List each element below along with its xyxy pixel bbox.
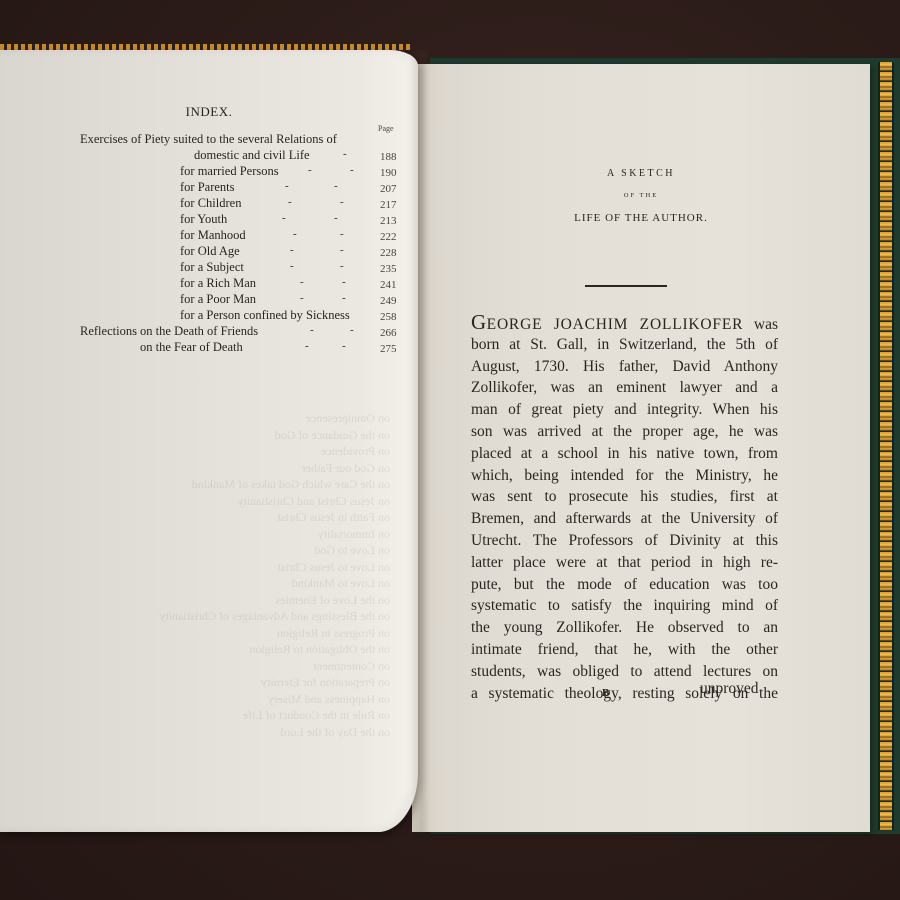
chapter-title-line2: OF THE xyxy=(412,192,870,199)
body-line: August, 1730. His father, David Anthony xyxy=(471,356,778,378)
body-line: placed at a school in his native town, f… xyxy=(471,443,778,465)
index-title: INDEX. xyxy=(0,104,418,120)
body-line: Zollikofer, was an eminent lawyer and a xyxy=(471,377,778,399)
body-line: Utrecht. The Professors of Divinity at t… xyxy=(471,530,778,552)
index-entry: on the Fear of Death - - 275 xyxy=(0,340,418,356)
body-line: was sent to prosecute his studies, first… xyxy=(471,486,778,508)
body-line: the young Zollikofer. He observed to an xyxy=(471,617,778,639)
index-entry: for Children - - 217 xyxy=(0,196,418,212)
bleed-through-text: on Omnipresenceon the Guidance of Godon … xyxy=(150,410,390,770)
index-entry: for Manhood - - 222 xyxy=(0,228,418,244)
chapter-title-line3: LIFE OF THE AUTHOR. xyxy=(412,212,870,224)
body-line: pute, but the mode of education was too xyxy=(471,574,778,596)
book-photo: A SKETCH OF THE LIFE OF THE AUTHOR. GEOR… xyxy=(0,0,900,900)
index-entry: domestic and civil Life - 188 xyxy=(0,148,418,164)
gilt-border xyxy=(878,62,894,830)
chapter-title-line1: A SKETCH xyxy=(412,168,870,179)
index-entry: for Youth - - 213 xyxy=(0,212,418,228)
body-line: latter place were at that period in high… xyxy=(471,552,778,574)
body-line: born at St. Gall, in Switzerland, the 5t… xyxy=(471,334,778,356)
body-line: intimate friend, that he, with the other xyxy=(471,639,778,661)
index-entry: Reflections on the Death of Friends - - … xyxy=(0,324,418,340)
body-line: son was arrived at the proper age, he wa… xyxy=(471,421,778,443)
catchword: unproved xyxy=(700,680,759,698)
body-line: Bremen, and afterwards at the University… xyxy=(471,508,778,530)
body-line: systematic to satisfy the inquiring mind… xyxy=(471,595,778,617)
index-entry: for a Subject - - 235 xyxy=(0,260,418,276)
title-rule xyxy=(585,285,667,287)
index-entry: for a Poor Man - - 249 xyxy=(0,292,418,308)
body-line: man of great piety and integrity. When h… xyxy=(471,399,778,421)
biography-text: GEORGE JOACHIM ZOLLIKOFER was born at St… xyxy=(471,312,778,704)
drop-cap: G xyxy=(471,310,487,334)
index-entry: for married Persons - - 190 xyxy=(0,164,418,180)
index-entry: for Old Age - - 228 xyxy=(0,244,418,260)
index-entry: for a Rich Man - - 241 xyxy=(0,276,418,292)
signature-mark: B xyxy=(602,687,609,699)
index-entry: Exercises of Piety suited to the several… xyxy=(0,132,418,148)
body-line-0: GEORGE JOACHIM ZOLLIKOFER was xyxy=(471,312,778,334)
index-entry: for Parents - - 207 xyxy=(0,180,418,196)
body-line: which, being intended for the Ministry, … xyxy=(471,465,778,487)
index-entry: for a Person confined by Sickness 258 xyxy=(0,308,418,324)
